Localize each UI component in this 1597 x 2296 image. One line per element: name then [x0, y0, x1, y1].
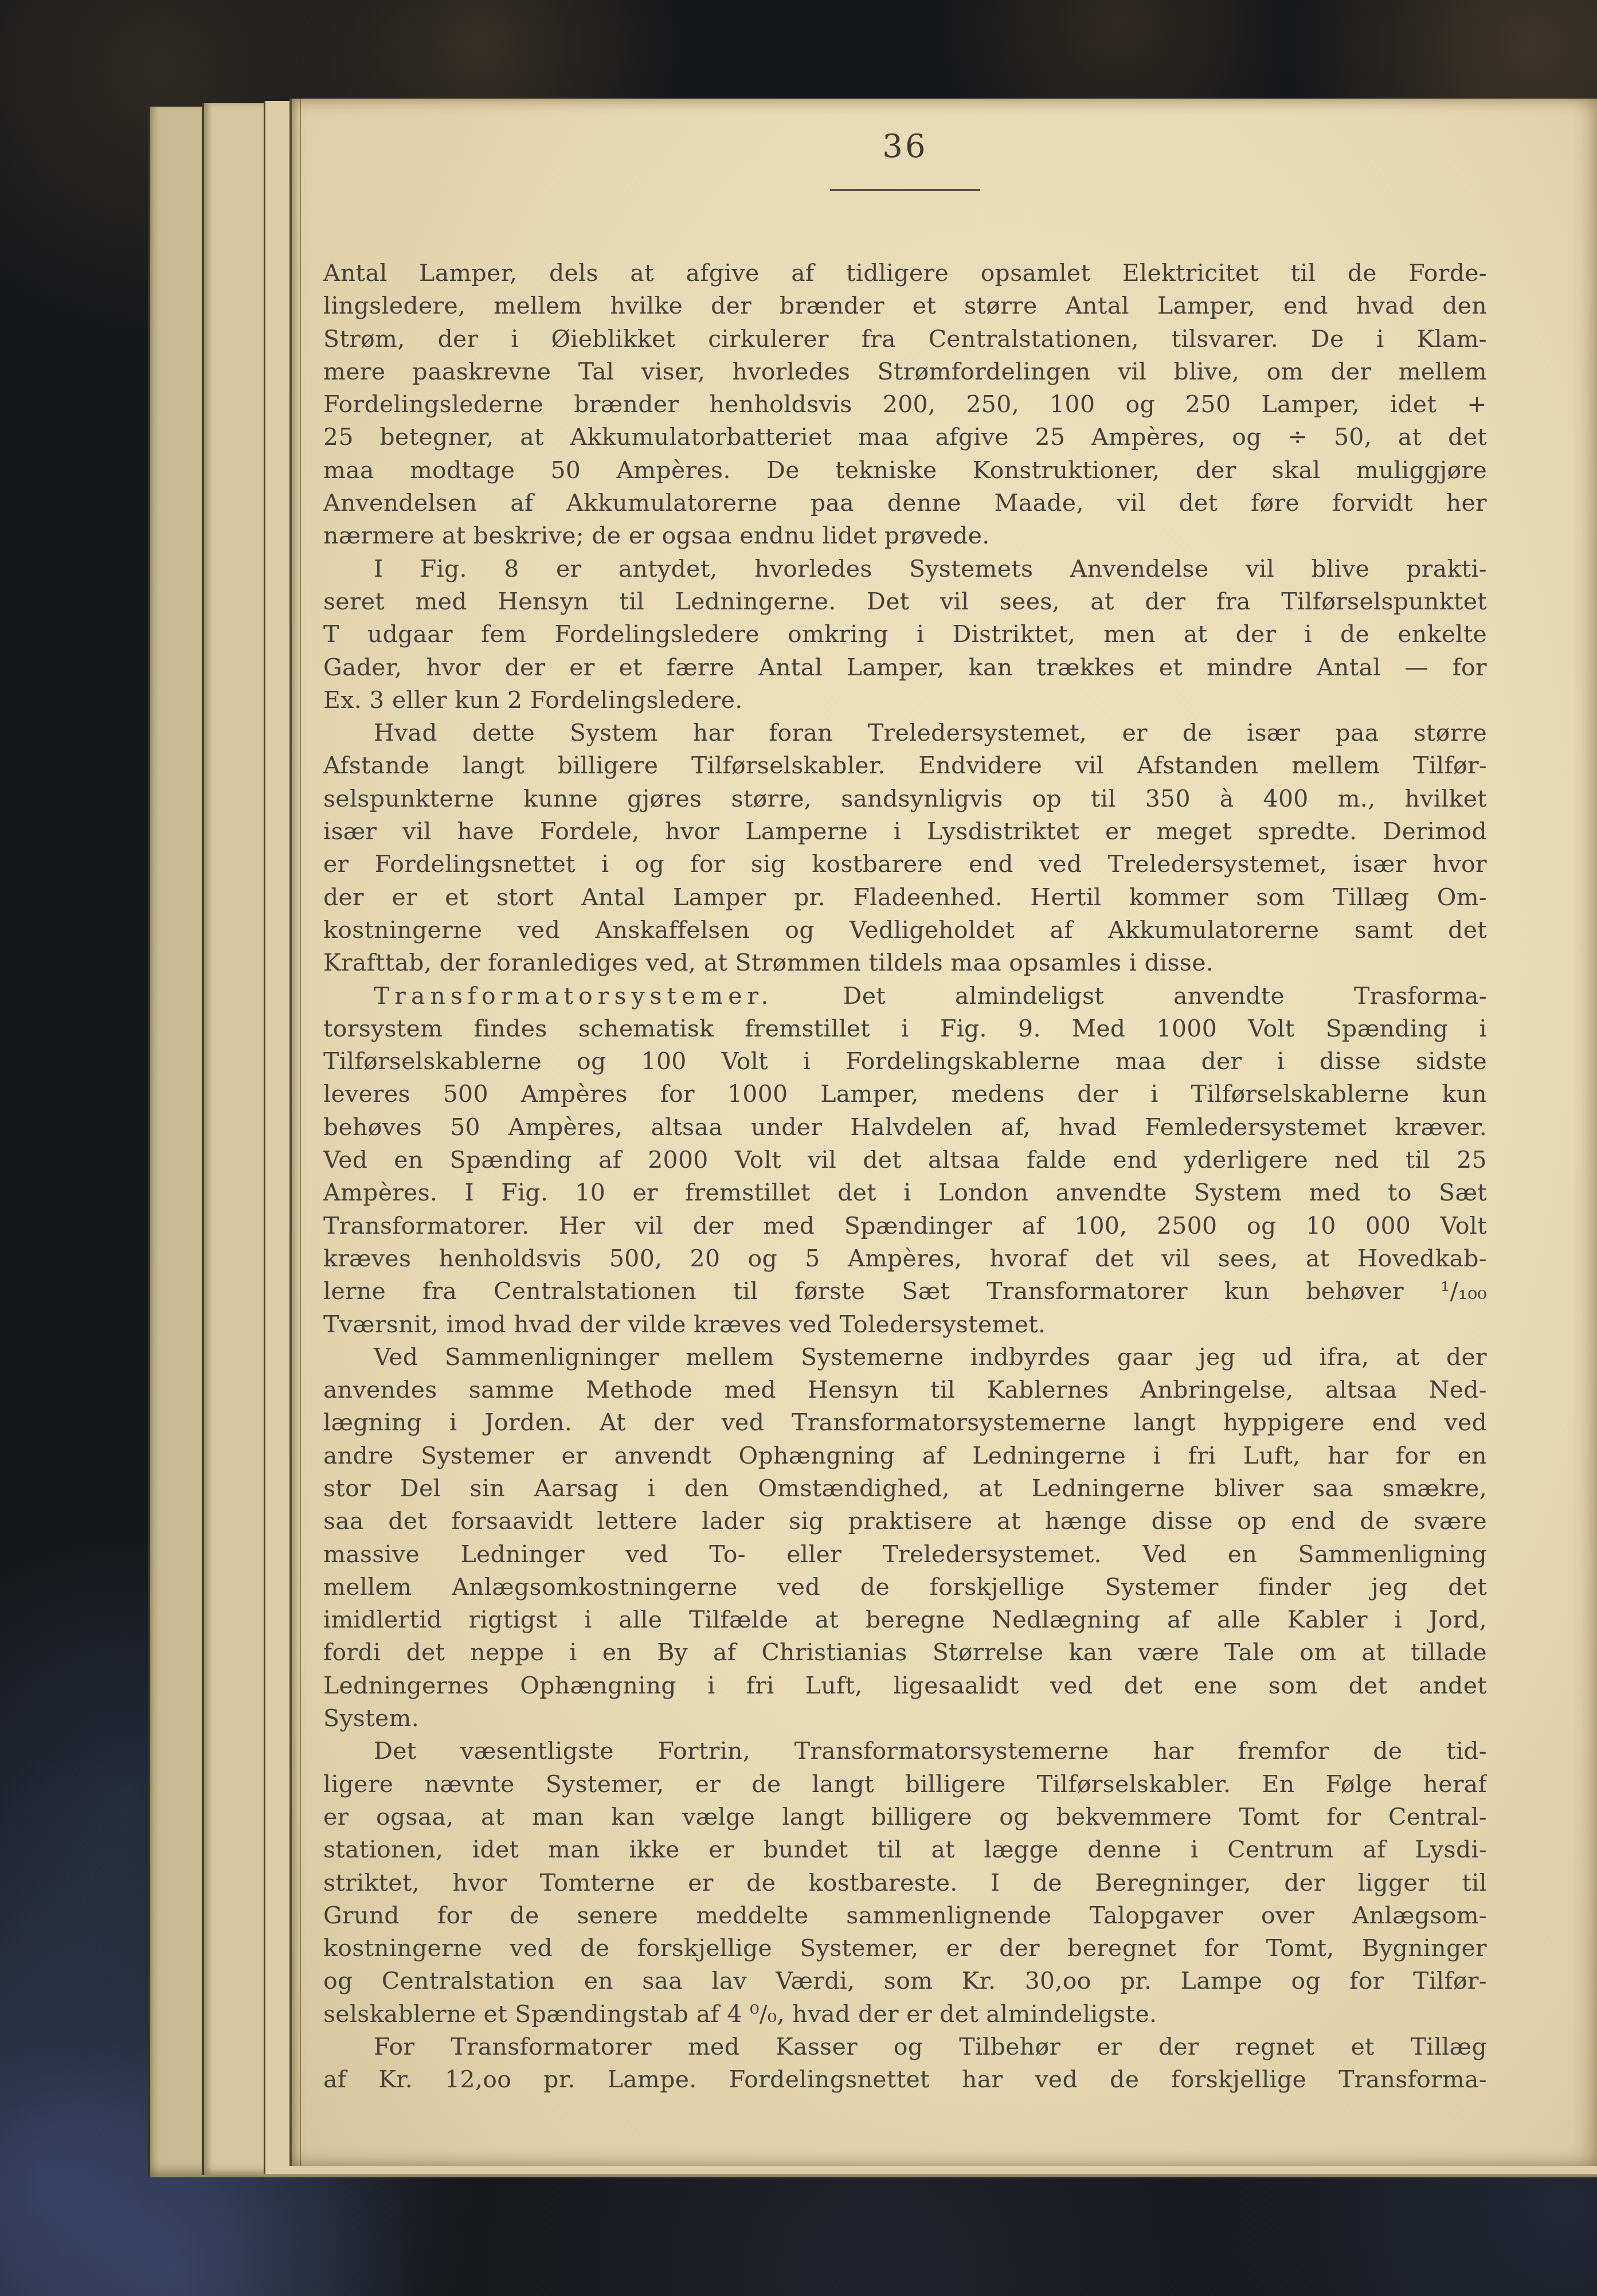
text-line: T udgaar fem Fordelingsledere omkring i … [323, 618, 1487, 651]
text-line: Hvad dette System har foran Treledersyst… [323, 717, 1487, 749]
text-line: selskablerne et Spændingstab af 4 ⁰/₀, h… [323, 1998, 1487, 2031]
text-line: Tilførselskablerne og 100 Volt i Fordeli… [323, 1045, 1487, 1078]
text-line: imidlertid rigtigst i alle Tilfælde at b… [323, 1603, 1487, 1636]
book-page: 36 Antal Lamper, dels at afgive af tidli… [289, 99, 1597, 2166]
text-line: ligere nævnte Systemer, er de langt bill… [323, 1768, 1487, 1801]
page-body: Antal Lamper, dels at afgive af tidliger… [323, 257, 1487, 2096]
text-line: stationen, idet man ikke er bundet til a… [323, 1833, 1487, 1866]
text-line: stor Del sin Aarsag i den Omstændighed, … [323, 1472, 1487, 1505]
text-line: kostningerne ved Anskaffelsen og Vedlige… [323, 914, 1487, 946]
text-line: I Fig. 8 er antydet, hvorledes Systemets… [323, 553, 1487, 585]
text-line: lægning i Jorden. At der ved Transformat… [323, 1406, 1487, 1439]
text-line: især vil have Fordele, hvor Lamperne i L… [323, 815, 1487, 848]
text-line: Det væsentligste Fortrin, Transformators… [323, 1735, 1487, 1767]
text-line: Krafttab, der foranlediges ved, at Strøm… [323, 946, 1487, 979]
text-line: saa det forsaavidt lettere lader sig pra… [323, 1505, 1487, 1538]
text-line: maa modtage 50 Ampères. De tekniske Kons… [323, 454, 1487, 487]
text-line: Antal Lamper, dels at afgive af tidliger… [323, 257, 1487, 290]
text-line: og Centralstation en saa lav Værdi, som … [323, 1965, 1487, 1997]
text-line: System. [323, 1702, 1487, 1735]
text-line: striktet, hvor Tomterne er de kostbarest… [323, 1867, 1487, 1899]
text-line: andre Systemer er anvendt Ophængning af … [323, 1440, 1487, 1472]
text-line: lerne fra Centralstationen til første Sæ… [323, 1275, 1487, 1308]
text-line: nærmere at beskrive; de er ogsaa endnu l… [323, 519, 1487, 552]
text-line: kostningerne ved de forskjellige Systeme… [323, 1932, 1487, 1965]
text-line: Transformatorsystemer. Det almindeligst … [323, 980, 1487, 1012]
text-line: massive Ledninger ved To- eller Treleder… [323, 1538, 1487, 1571]
page-number: 36 [323, 131, 1487, 163]
text-line: For Transformatorer med Kasser og Tilbeh… [323, 2031, 1487, 2063]
text-line: Ved en Spænding af 2000 Volt vil det alt… [323, 1144, 1487, 1176]
page-number-divider [830, 189, 980, 191]
text-line: mellem Anlægsomkostningerne ved de forsk… [323, 1571, 1487, 1603]
page-content: 36 Antal Lamper, dels at afgive af tidli… [323, 99, 1487, 2166]
text-line: af Kr. 12,oo pr. Lampe. Fordelingsnettet… [323, 2063, 1487, 2096]
paragraph-text: Det almindeligst anvendte Trasforma- [774, 982, 1487, 1010]
text-line: er Fordelingsnettet i og for sig kostbar… [323, 848, 1487, 881]
text-line: lingsledere, mellem hvilke der brænder e… [323, 290, 1487, 322]
text-line: Gader, hvor der er et færre Antal Lamper… [323, 651, 1487, 684]
text-line: torsystem findes schematisk fremstillet … [323, 1012, 1487, 1045]
text-line: Anvendelsen af Akkumulatorerne paa denne… [323, 487, 1487, 519]
text-line: Ved Sammenligninger mellem Systemerne in… [323, 1341, 1487, 1374]
text-line: Tværsnit, imod hvad der vilde kræves ved… [323, 1308, 1487, 1341]
text-line: Transformatorer. Her vil der med Spændin… [323, 1210, 1487, 1242]
paragraph-heading: Transformatorsystemer. [374, 982, 774, 1010]
text-line: Ledningernes Ophængning i fri Luft, lige… [323, 1669, 1487, 1702]
text-line: der er et stort Antal Lamper pr. Fladeen… [323, 881, 1487, 914]
text-line: anvendes samme Methode med Hensyn til Ka… [323, 1374, 1487, 1406]
text-line: Ex. 3 eller kun 2 Fordelingsledere. [323, 684, 1487, 717]
text-line: Grund for de senere meddelte sammenligne… [323, 1899, 1487, 1932]
text-line: behøves 50 Ampères, altsaa under Halvdel… [323, 1111, 1487, 1144]
text-line: Fordelingslederne brænder henholdsvis 20… [323, 388, 1487, 421]
text-line: kræves henholdsvis 500, 20 og 5 Ampères,… [323, 1242, 1487, 1275]
text-line: seret med Hensyn til Ledningerne. Det vi… [323, 585, 1487, 618]
text-line: Strøm, der i Øieblikket cirkulerer fra C… [323, 323, 1487, 355]
text-line: 25 betegner, at Akkumulatorbatteriet maa… [323, 421, 1487, 453]
text-line: Afstande langt billigere Tilførselskable… [323, 749, 1487, 782]
text-line: selspunkterne kunne gjøres større, sands… [323, 783, 1487, 815]
text-line: mere paaskrevne Tal viser, hvorledes Str… [323, 355, 1487, 388]
text-line: er ogsaa, at man kan vælge langt billige… [323, 1801, 1487, 1833]
text-line: leveres 500 Ampères for 1000 Lamper, med… [323, 1078, 1487, 1110]
book-scan: 36 Antal Lamper, dels at afgive af tidli… [0, 0, 1597, 2296]
text-line: Ampères. I Fig. 10 er fremstillet det i … [323, 1176, 1487, 1209]
text-line: fordi det neppe i en By af Christianias … [323, 1636, 1487, 1669]
